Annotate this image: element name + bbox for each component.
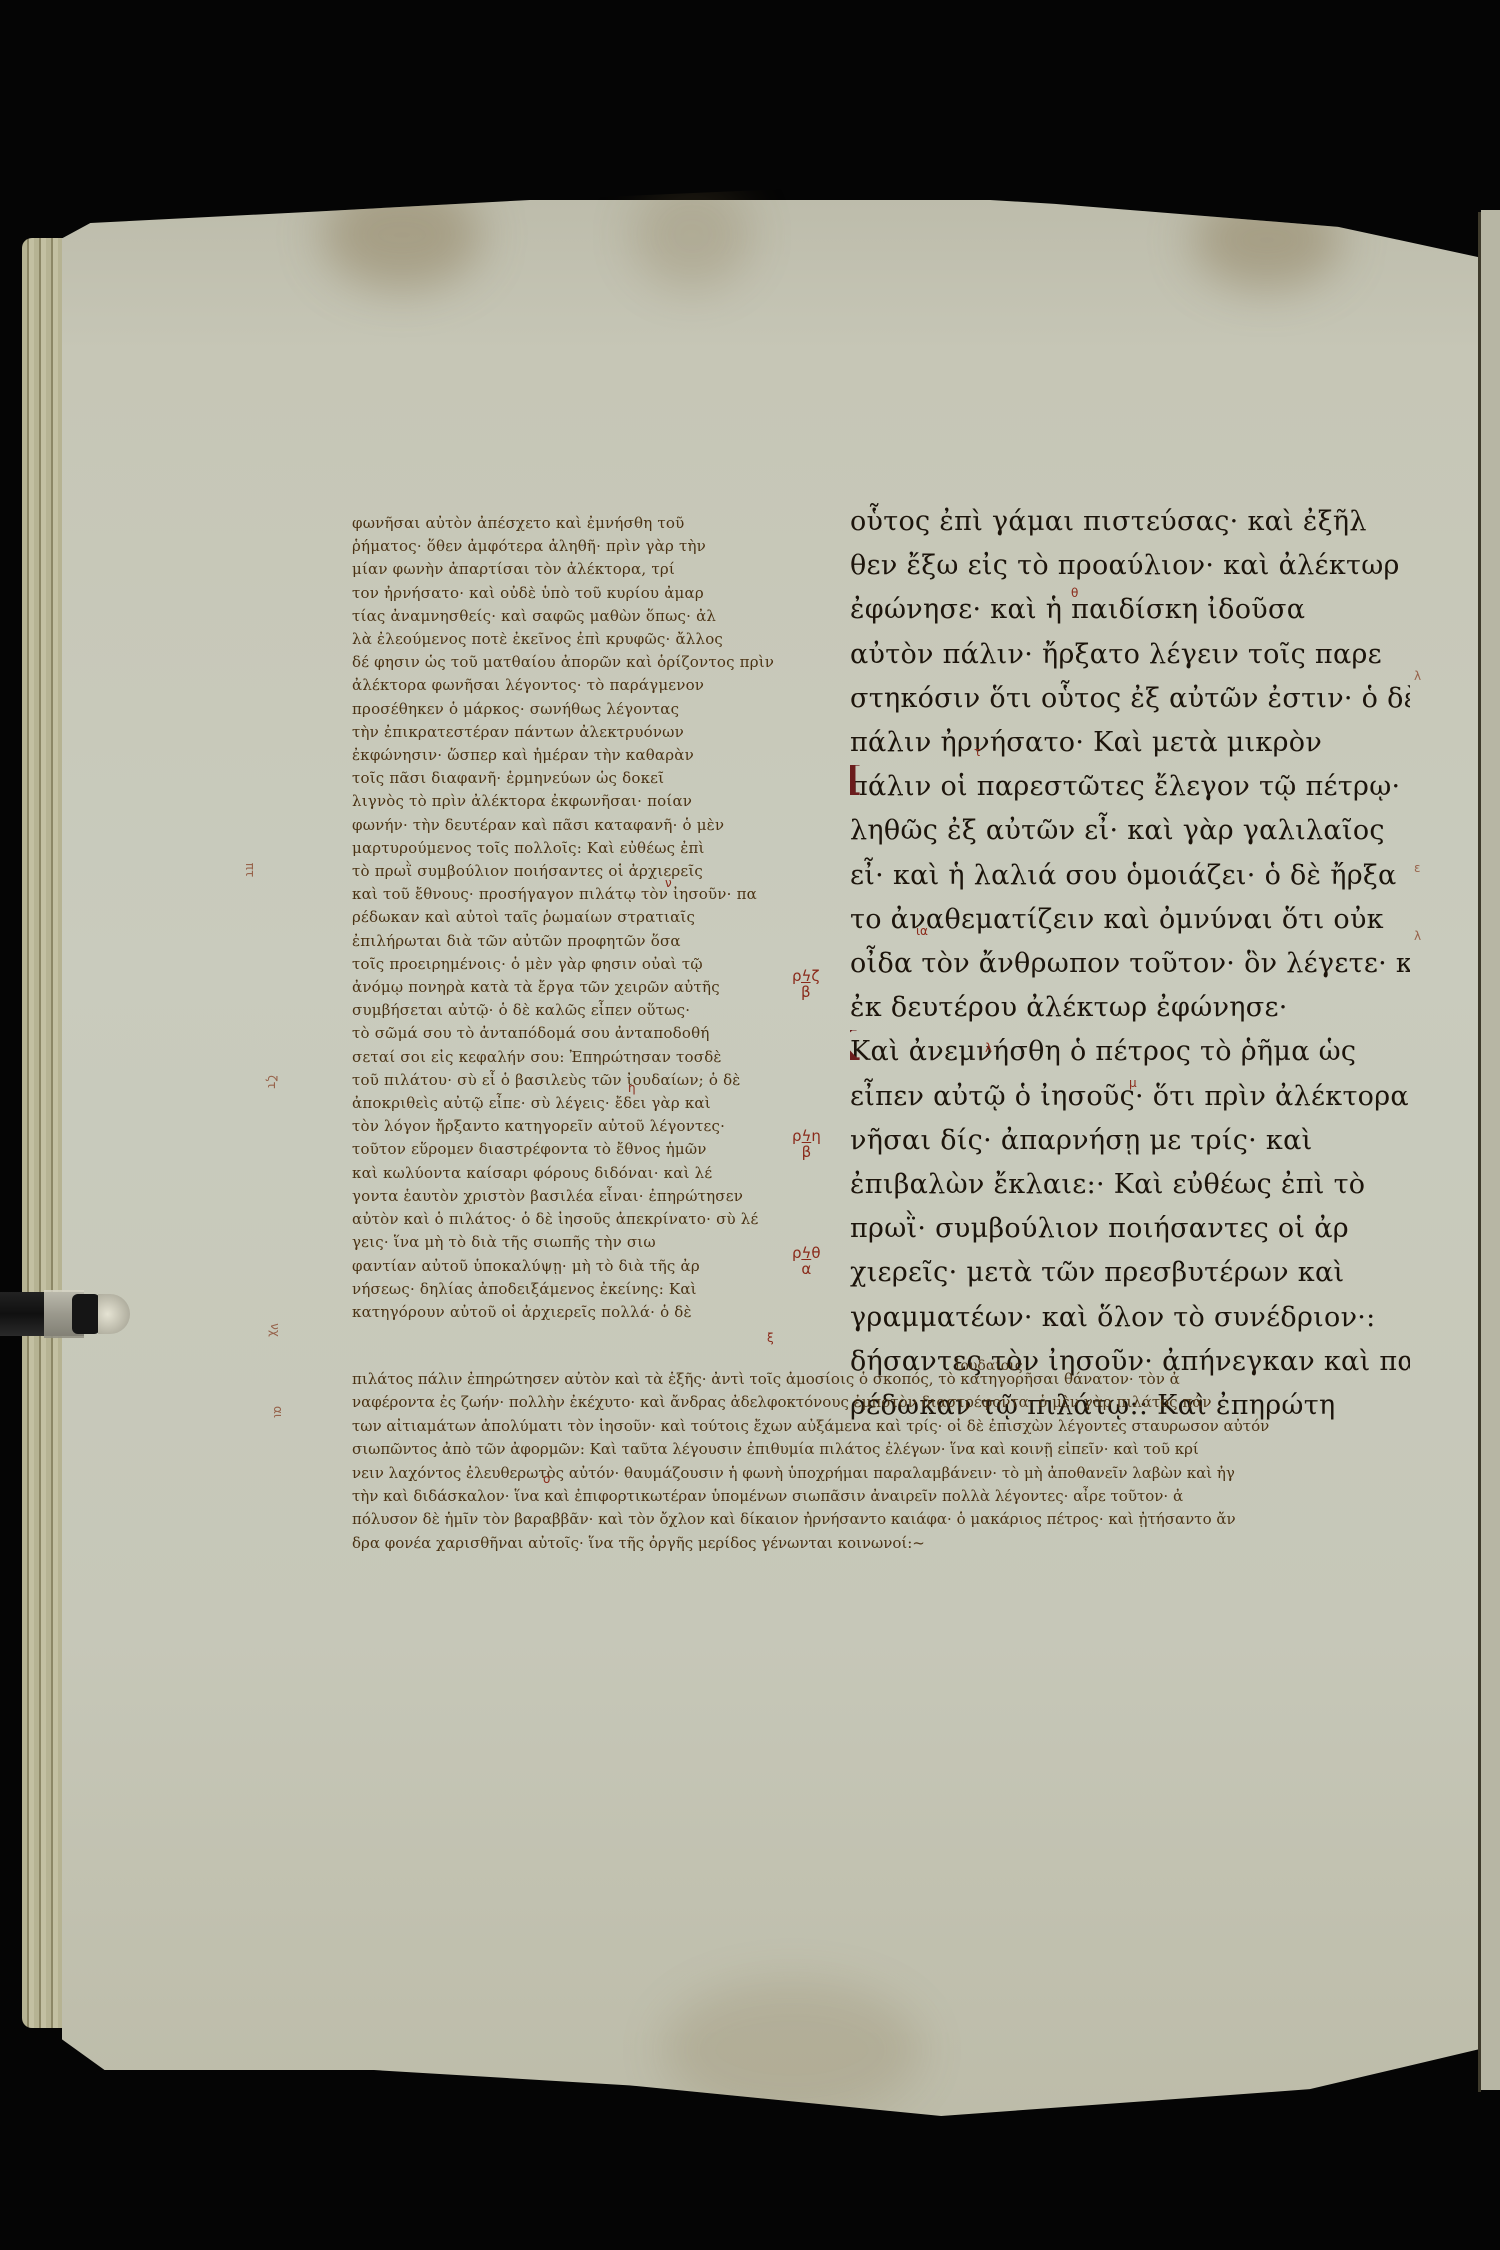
- right-margin-mark: λ: [1414, 928, 1421, 944]
- text-line: σιωπῶντος ἀπὸ τῶν ἀφορμῶν: Καὶ ταῦτα λέγ…: [352, 1438, 1397, 1461]
- text-line: ἀνόμῳ πονηρὰ κατὰ τὰ ἔργα τῶν χειρῶν αὐτ…: [352, 976, 812, 999]
- text-line: ναφέροντα ἐς ζωήν· πολλὴν ἐκέχυτο· καὶ ἄ…: [352, 1391, 1397, 1414]
- text-line: καὶ τοῦ ἔθνους· προσήγαγον πιλάτῳ τὸν ἰη…: [352, 883, 812, 906]
- initial-kappa: Κ: [850, 1030, 859, 1068]
- text-line: λὰ ἐλεούμενος ποτὲ ἐκεῖνος ἐπὶ κρυφῶς· ἄ…: [352, 628, 812, 651]
- weight-tip: [98, 1294, 130, 1334]
- canon-number: α: [792, 1261, 821, 1277]
- text-line: το ἀναθεματίζειν καὶ ὀμνύναι ὅτι οὐκ: [850, 898, 1410, 942]
- text-line: χιερεῖς· μετὰ τῶν πρεσβυτέρων καὶ: [850, 1251, 1410, 1295]
- text-line: φαντίαν αὐτοῦ ὑποκαλύψῃ· μὴ τὸ διὰ τῆς ἀ…: [352, 1255, 812, 1278]
- canon-number: β: [792, 1144, 821, 1160]
- text-line-with-initial: Κ Καὶ ἀνεμνήσθη ὁ πέτρος τὸ ῥῆμα ὡς: [850, 1030, 1410, 1074]
- text-line: γοντα ἑαυτὸν χριστὸν βασιλέα εἶναι· ἐπηρ…: [352, 1185, 812, 1208]
- outer-margin-mark: ζτ: [264, 1075, 280, 1089]
- text-line: τοῦτον εὕρομεν διαστρέφοντα τὸ ἔθνος ἡμῶ…: [352, 1138, 812, 1161]
- text-line: Καὶ ἀνεμνήσθη ὁ πέτρος τὸ ῥῆμα ὡς: [850, 1036, 1356, 1067]
- text-line: νειν λαχόντος ἐλευθερωτὸς αὐτόν· θαυμάζο…: [352, 1462, 1397, 1485]
- text-line: ἐπιλήρωται διὰ τῶν αὐτῶν προφητῶν ὅσα: [352, 930, 812, 953]
- text-line: ἀποκριθεὶς αὐτῷ εἶπε· σὺ λέγεις· ἔδει γὰ…: [352, 1092, 812, 1115]
- top-stain: [632, 180, 752, 290]
- text-line: δέ φησιν ὡς τοῦ ματθαίου ἀπορῶν καὶ ὁρίζ…: [352, 651, 812, 674]
- interlinear-rubric: ο: [543, 1471, 550, 1487]
- interlinear-rubric: λ: [985, 1040, 992, 1056]
- text-line: σεταί σοι εἰς κεφαλήν σου: Ἐπηρώτησαν το…: [352, 1046, 812, 1069]
- margin-section-number: ρϟζ β: [792, 968, 820, 1000]
- text-line: τὴν καὶ διδάσκαλον· ἵνα καὶ ἐπιφορτικωτέ…: [352, 1485, 1397, 1508]
- margin-section-number: ρϟη β: [792, 1128, 821, 1160]
- right-margin-mark: λ: [1414, 668, 1421, 684]
- text-line: στηκόσιν ὅτι οὗτος ἐξ αὐτῶν ἐστιν· ὁ δὲ: [850, 677, 1410, 721]
- outer-margin-mark: πτ: [242, 863, 258, 877]
- initial-pi: Π: [850, 765, 862, 803]
- text-line: λιγνὸς τὸ πρὶν ἀλέκτορα ἐκφωνῆσαι· ποίαν: [352, 790, 812, 813]
- text-line: πρωῒ· συμβούλιον ποιήσαντες οἱ ἀρ: [850, 1207, 1410, 1251]
- interlinear-rubric: ξ: [767, 1330, 774, 1346]
- text-line: πάλιν οἱ παρεστῶτες ἔλεγον τῷ πέτρῳ· ἀ: [850, 771, 1410, 802]
- text-line: ῥήματος· ὅθεν ἀμφότερα ἀληθῆ· πρὶν γὰρ τ…: [352, 535, 812, 558]
- section-number: ρϟθ: [792, 1245, 821, 1261]
- text-line: ἐφώνησε· καὶ ἡ παιδίσκη ἰδοῦσα: [850, 588, 1410, 632]
- section-number: ρϟζ: [792, 968, 820, 984]
- canon-number: β: [792, 984, 820, 1000]
- text-line: νήσεως· δηλίας ἀποδειξάμενος ἐκείνης: Κα…: [352, 1278, 812, 1301]
- top-stain: [1192, 190, 1342, 290]
- text-line: αὐτὸν πάλιν· ἤρξατο λέγειν τοῖς παρε: [850, 633, 1410, 677]
- interlinear-rubric: τ: [974, 744, 981, 760]
- text-line: τοῖς προειρημένοις· ὁ μὲν γὰρ φησιν οὐαὶ…: [352, 953, 812, 976]
- text-line: κατηγόρουν αὐτοῦ οἱ ἀρχιερεῖς πολλά· ὁ δ…: [352, 1301, 812, 1324]
- bottom-stain: [662, 1980, 922, 2120]
- text-line: πόλυσον δὲ ἡμῖν τὸν βαραββᾶν· καὶ τὸν ὄχ…: [352, 1508, 1397, 1531]
- text-line: γραμματέων· καὶ ὅλον τὸ συνέδριον·:: [850, 1296, 1410, 1340]
- text-line: οὗτος ἐπὶ γάμαι πιστεύσας· καὶ ἐξῆλ: [850, 500, 1410, 544]
- text-line: οἶδα τὸν ἄνθρωπον τοῦτον· ὃν λέγετε· καὶ: [850, 942, 1410, 986]
- bottom-commentary-block: πιλάτος πάλιν ἐπηρώτησεν αὐτὸν καὶ τὰ ἑξ…: [352, 1368, 1397, 1555]
- text-line: τον ἠρνήσατο· καὶ οὐδὲ ὑπὸ τοῦ κυρίου ἀμ…: [352, 582, 812, 605]
- section-number: ρϟη: [792, 1128, 821, 1144]
- text-line: μίαν φωνὴν ἀπαρτίσαι τὸν ἀλέκτορα, τρί: [352, 558, 812, 581]
- text-line: ἐπιβαλὼν ἔκλαιε:· Καὶ εὐθέως ἐπὶ τὸ: [850, 1163, 1410, 1207]
- text-line: τὸν λόγον ἤρξαντο κατηγορεῖν αὐτοῦ λέγον…: [352, 1115, 812, 1138]
- text-line: ἐκ δευτέρου ἀλέκτωρ ἐφώνησε·: [850, 986, 1410, 1030]
- text-line: εἶ· καὶ ἡ λαλιά σου ὁμοιάζει· ὁ δὲ ἤρξα: [850, 854, 1410, 898]
- weight-core: [72, 1294, 100, 1334]
- text-line: καὶ κωλύοντα καίσαρι φόρους διδόναι· καὶ…: [352, 1162, 812, 1185]
- text-line: ρέδωκαν καὶ αὐτοὶ ταῖς ῥωμαίων στρατιαῖς: [352, 906, 812, 929]
- facing-page-edge: [1481, 210, 1500, 2090]
- text-line: πιλάτος πάλιν ἐπηρώτησεν αὐτὸν καὶ τὰ ἑξ…: [352, 1368, 1397, 1391]
- text-line: τὸ σῶμά σου τὸ ἀνταπόδομά σου ἀνταποδοθή: [352, 1022, 812, 1045]
- gutter-shadow: [1478, 212, 1481, 2092]
- outer-margin-mark: αι: [270, 1406, 286, 1418]
- text-line: θεν ἔξω εἰς τὸ προαύλιον· καὶ ἀλέκτωρ: [850, 544, 1410, 588]
- text-line: προσέθηκεν ὁ μάρκος· σωνήθως λέγοντας: [352, 698, 812, 721]
- text-line: τὸ πρωῒ συμβούλιον ποιήσαντες οἱ ἀρχιερε…: [352, 860, 812, 883]
- text-line: τὴν ἐπικρατεστέραν πάντων ἀλεκτρυόνων: [352, 721, 812, 744]
- text-line: τίας ἀναμνησθείς· καὶ σαφῶς μαθὼν ὅπως· …: [352, 605, 812, 628]
- interlinear-rubric: η: [628, 1080, 636, 1096]
- text-line: γεις· ἵνα μὴ τὸ διὰ τῆς σιωπῆς τὴν σιω: [352, 1231, 812, 1254]
- right-margin-mark: ε: [1414, 860, 1421, 876]
- glass-page-weight: [0, 1290, 130, 1338]
- text-line: συμβήσεται αὐτῷ· ὁ δὲ καλῶς εἶπεν οὕτως·: [352, 999, 812, 1022]
- margin-section-number: ρϟθ α: [792, 1245, 821, 1277]
- interlinear-rubric: θ: [1071, 585, 1078, 601]
- text-line: φωνῆσαι αὐτὸν ἀπέσχετο καὶ ἐμνήσθη τοῦ: [352, 512, 812, 535]
- text-line: νῆσαι δίς· ἀπαρνήσῃ με τρίς· καὶ: [850, 1119, 1410, 1163]
- text-line: τοῦ πιλάτου· σὺ εἶ ὁ βασιλεὺς τῶν ἰουδαί…: [352, 1069, 812, 1092]
- text-line: ἐκφώνησιν· ὥσπερ καὶ ἡμέραν τὴν καθαρὰν: [352, 744, 812, 767]
- top-stain: [322, 180, 482, 290]
- interlinear-rubric: μ: [1129, 1075, 1137, 1091]
- text-line: φωνήν· τὴν δευτέραν καὶ πᾶσι καταφανῆ· ὁ…: [352, 814, 812, 837]
- text-line: μαρτυρούμενος τοῖς πολλοῖς: Καὶ εὐθέως ἐ…: [352, 837, 812, 860]
- text-line: αὐτὸν καὶ ὁ πιλάτος· ὁ δὲ ἰησοῦς ἀπεκρίν…: [352, 1208, 812, 1231]
- interlinear-rubric: ια: [916, 923, 928, 939]
- text-line: πάλιν ἠρνήσατο· Καὶ μετὰ μικρὸν: [850, 721, 1410, 765]
- text-line: δρα φονέα χαρισθῆναι αὐτοῖς· ἵνα τῆς ὀργ…: [352, 1532, 1397, 1555]
- text-line: ληθῶς ἐξ αὐτῶν εἶ· καὶ γὰρ γαλιλαῖος: [850, 809, 1410, 853]
- text-line: ἀλέκτορα φωνῆσαι λέγοντος· τὸ παράγμενον: [352, 674, 812, 697]
- outer-margin-mark: νχ: [267, 1323, 283, 1337]
- text-line: τοῖς πᾶσι διαφανῆ· ἑρμηνεύων ὡς δοκεῖ: [352, 767, 812, 790]
- right-gospel-column: οὗτος ἐπὶ γάμαι πιστεύσας· καὶ ἐξῆλ θεν …: [850, 500, 1410, 1428]
- text-line-with-initial: Π πάλιν οἱ παρεστῶτες ἔλεγον τῷ πέτρῳ· ἀ: [850, 765, 1410, 809]
- left-commentary-column: φωνῆσαι αὐτὸν ἀπέσχετο καὶ ἐμνήσθη τοῦ ῥ…: [352, 512, 812, 1324]
- interlinear-rubric: ν: [665, 875, 672, 891]
- text-line: των αἰτιαμάτων ἀπολύματι τὸν ἰησοῦν· καὶ…: [352, 1415, 1397, 1438]
